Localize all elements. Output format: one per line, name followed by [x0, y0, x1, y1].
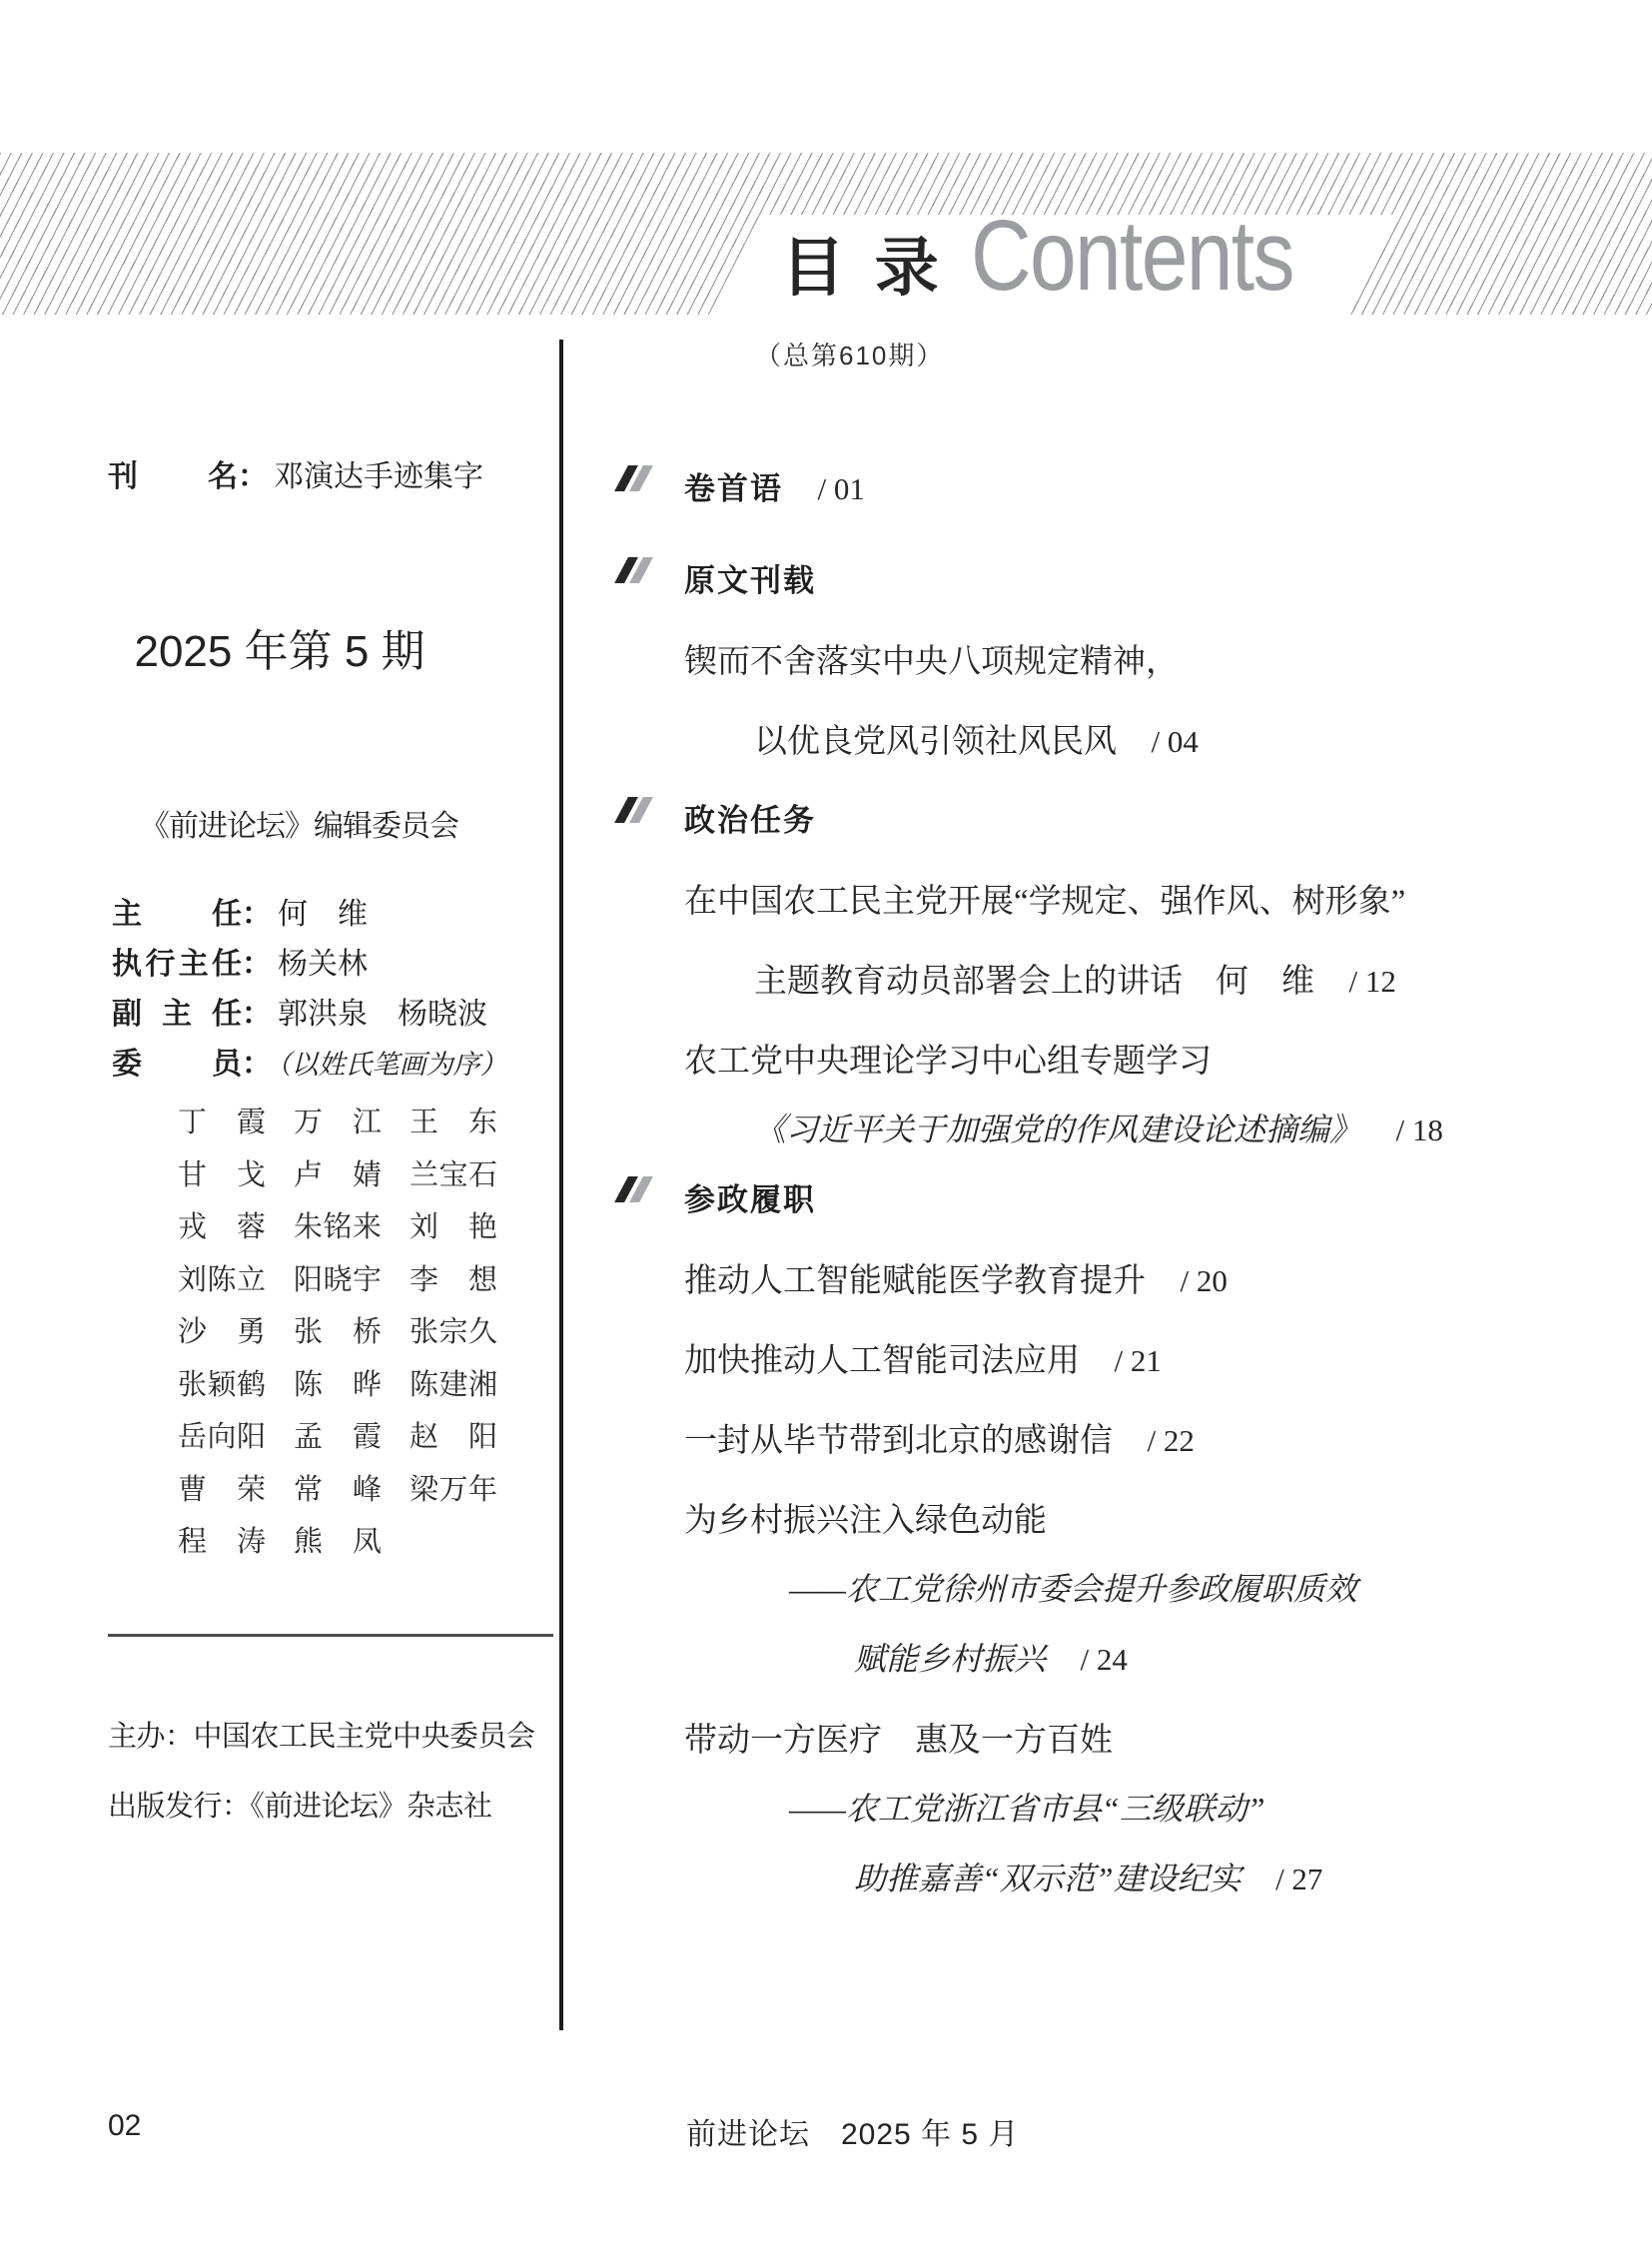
toc-row: ——农工党浙江省市县“三级联动” ——农工党浙江省市县“三级联动” [619, 1784, 1478, 1864]
article-title: 以优良党风引领社风民风 [684, 724, 1117, 760]
member-name: 阳晓宇 [294, 1257, 382, 1298]
article-title: 助推嘉善“双示范”建设纪实 [684, 1861, 1241, 1896]
member-name: 程 涛 [178, 1519, 266, 1560]
member-name: 戎 蓉 [178, 1204, 266, 1245]
article-title: 一封从毕节带到北京的感谢信 [684, 1423, 1113, 1459]
member-name: 熊 凤 [294, 1519, 382, 1560]
role-colon: ： [242, 898, 272, 931]
article-title: 带动一方医疗 惠及一方百姓 [684, 1723, 1113, 1759]
role-value: 杨关林 [278, 948, 368, 981]
member-row: 张颖鹤陈 晔陈建湘 [178, 1362, 525, 1415]
section-slash-icon [614, 1176, 653, 1202]
member-name: 梁万年 [410, 1467, 497, 1508]
member-name: 丁 霞 [178, 1100, 266, 1140]
article-title: 推动人工智能赋能医学教育提升 [684, 1263, 1146, 1299]
journal-name-value: 邓演达手迹集字 [274, 460, 483, 493]
section-header: 原文刊载 [684, 563, 816, 598]
article-page-number: / 01 [817, 471, 864, 506]
issue-note: （总第610期） [755, 336, 944, 373]
section-header: 参政履职 [684, 1182, 816, 1217]
role-row: 执行主任：杨关林 [112, 939, 507, 989]
role-value: 何 维 [278, 898, 368, 931]
toc-row: 原文刊载 原文刊载 [619, 555, 1478, 635]
toc-row: ——农工党徐州市委会提升参政履职质效 ——农工党徐州市委会提升参政履职质效 [619, 1564, 1478, 1644]
role-label: 副 主 任 [112, 989, 242, 1033]
article-title: 锲而不舍落实中央八项规定精神， [684, 644, 1179, 680]
member-name: 曹 荣 [178, 1467, 266, 1508]
member-name: 万 江 [294, 1100, 382, 1140]
page-title-en: Contents [971, 206, 1293, 306]
toc-list: 卷首语 卷首语 / 01 原文刊载 原文刊载 锲而不舍落实中央八项规定精神， 锲… [619, 463, 1478, 1933]
article-title: 农工党中央理论学习中心组专题学习 [684, 1044, 1212, 1080]
member-row: 甘 戈卢 婧兰宝石 [178, 1152, 525, 1205]
article-page-number: / 20 [1180, 1263, 1227, 1298]
toc-row: 锲而不舍落实中央八项规定精神， 锲而不舍落实中央八项规定精神， [619, 635, 1478, 715]
member-row: 丁 霞万 江王 东 [178, 1100, 525, 1152]
member-row: 戎 蓉朱铭来刘 艳 [178, 1204, 525, 1257]
article-title: 《习近平关于加强党的作风建设论述摘编》 [684, 1112, 1361, 1147]
article-title: 主题教育动员部署会上的讲话 何 维 [684, 964, 1314, 1000]
member-name: 陈建湘 [410, 1362, 497, 1403]
footer-page-number: 02 [108, 2109, 141, 2143]
toc-row: 政治任务 政治任务 [619, 795, 1478, 875]
toc-row: 农工党中央理论学习中心组专题学习 农工党中央理论学习中心组专题学习 [619, 1035, 1478, 1115]
section-slash-icon [614, 465, 653, 491]
article-page-number: / 24 [1080, 1642, 1127, 1677]
member-name: 甘 戈 [178, 1152, 266, 1193]
toc-row: 一封从毕节带到北京的感谢信 一封从毕节带到北京的感谢信 / 22 [619, 1414, 1478, 1494]
section-slash-icon [614, 797, 653, 823]
committee-title: 《前进论坛》编辑委员会 [140, 801, 458, 845]
member-name: 卢 婧 [294, 1152, 382, 1193]
member-row: 曹 荣常 峰梁万年 [178, 1467, 525, 1520]
sponsor-line: 主办：中国农工民主党中央委员会 [108, 1714, 535, 1755]
member-name: 沙 勇 [178, 1309, 266, 1350]
member-name: 刘陈立 [178, 1257, 266, 1298]
toc-row: 在中国农工民主党开展“学规定、强作风、树形象” 在中国农工民主党开展“学规定、强… [619, 875, 1478, 955]
role-label: 委 员 [112, 1039, 242, 1083]
journal-name-colon: ： [238, 460, 268, 493]
article-page-number: / 21 [1114, 1343, 1161, 1378]
role-row: 副 主 任：郭洪泉 杨晓波 [112, 989, 507, 1039]
toc-row: 推动人工智能赋能医学教育提升 推动人工智能赋能医学教育提升 / 20 [619, 1254, 1478, 1334]
toc-row: 赋能乡村振兴 赋能乡村振兴 / 24 [619, 1634, 1478, 1714]
article-title: 在中国农工民主党开展“学规定、强作风、树形象” [684, 884, 1405, 920]
member-name: 兰宝石 [410, 1152, 497, 1193]
article-title: 为乡村振兴注入绿色动能 [684, 1503, 1047, 1539]
toc-row: 带动一方医疗 惠及一方百姓 带动一方医疗 惠及一方百姓 [619, 1714, 1478, 1794]
article-page-number: / 12 [1348, 964, 1395, 999]
role-colon: ： [242, 1048, 272, 1081]
article-title: 赋能乡村振兴 [684, 1641, 1046, 1677]
member-name: 刘 艳 [410, 1204, 497, 1245]
member-name: 张颖鹤 [178, 1362, 266, 1403]
column-divider [559, 340, 563, 2030]
issue-number: 2025 年第 5 期 [0, 615, 559, 679]
page-title: 目 录 Contents [781, 206, 1354, 316]
article-title: ——农工党浙江省市县“三级联动” [684, 1791, 1265, 1827]
member-name: 常 峰 [294, 1467, 382, 1508]
journal-name-row: 刊 名：邓演达手迹集字 [108, 451, 483, 495]
toc-row: 以优良党风引领社风民风 以优良党风引领社风民风 / 04 [619, 715, 1478, 795]
member-name: 朱铭来 [294, 1204, 382, 1245]
member-name: 孟 霞 [294, 1414, 382, 1455]
article-page-number: / 04 [1151, 724, 1198, 759]
toc-row: 主题教育动员部署会上的讲话 何 维 主题教育动员部署会上的讲话 何 维 / 12 [619, 955, 1478, 1035]
role-value: （以姓氏笔画为序） [278, 1050, 507, 1080]
member-row: 刘陈立阳晓宇李 想 [178, 1257, 525, 1310]
committee-roles: 主 任：何 维 执行主任：杨关林 副 主 任：郭洪泉 杨晓波 委 员：（以姓氏笔… [112, 889, 507, 1089]
publisher-line: 出版发行：《前进论坛》杂志社 [108, 1784, 492, 1825]
member-name: 张 桥 [294, 1309, 382, 1350]
member-name: 张宗久 [410, 1309, 497, 1350]
page-title-cn: 目 录 [781, 236, 945, 300]
toc-row: 卷首语 卷首语 / 01 [619, 463, 1478, 543]
role-label: 主 任 [112, 889, 242, 933]
member-name: 岳向阳 [178, 1414, 266, 1455]
toc-row: 《习近平关于加强党的作风建设论述摘编》 《习近平关于加强党的作风建设论述摘编》 … [619, 1105, 1478, 1184]
toc-row: 为乡村振兴注入绿色动能 为乡村振兴注入绿色动能 [619, 1494, 1478, 1574]
article-page-number: / 27 [1275, 1862, 1322, 1896]
role-label: 执行主任 [112, 939, 242, 983]
article-title: 加快推动人工智能司法应用 [684, 1343, 1080, 1379]
toc-row: 助推嘉善“双示范”建设纪实 助推嘉善“双示范”建设纪实 / 27 [619, 1854, 1478, 1933]
committee-members: 丁 霞万 江王 东 甘 戈卢 婧兰宝石 戎 蓉朱铭来刘 艳 刘陈立阳晓宇李 想 … [178, 1100, 525, 1572]
role-value: 郭洪泉 杨晓波 [278, 998, 487, 1031]
section-header: 政治任务 [684, 803, 816, 838]
member-name: 王 东 [410, 1100, 497, 1140]
member-name: 赵 阳 [410, 1414, 497, 1455]
member-name: 李 想 [410, 1257, 497, 1298]
toc-row: 加快推动人工智能司法应用 加快推动人工智能司法应用 / 21 [619, 1334, 1478, 1414]
role-colon: ： [242, 948, 272, 981]
member-name: 陈 晔 [294, 1362, 382, 1403]
article-title: ——农工党徐州市委会提升参政履职质效 [684, 1571, 1357, 1607]
member-row: 岳向阳孟 霞赵 阳 [178, 1414, 525, 1467]
role-colon: ： [242, 998, 272, 1031]
member-row: 程 涛熊 凤 [178, 1519, 525, 1572]
journal-name-label: 刊 名 [108, 451, 238, 495]
role-row: 主 任：何 维 [112, 889, 507, 939]
masthead-divider [108, 1634, 553, 1637]
role-row: 委 员：（以姓氏笔画为序） [112, 1039, 507, 1089]
article-page-number: / 18 [1395, 1113, 1442, 1147]
member-row: 沙 勇张 桥张宗久 [178, 1309, 525, 1362]
section-slash-icon [614, 557, 653, 583]
footer-journal-line: 前进论坛 2025 年 5 月 [686, 2109, 1019, 2153]
section-header: 卷首语 [684, 471, 783, 506]
toc-row: 参政履职 参政履职 [619, 1174, 1478, 1254]
article-page-number: / 22 [1147, 1423, 1194, 1458]
